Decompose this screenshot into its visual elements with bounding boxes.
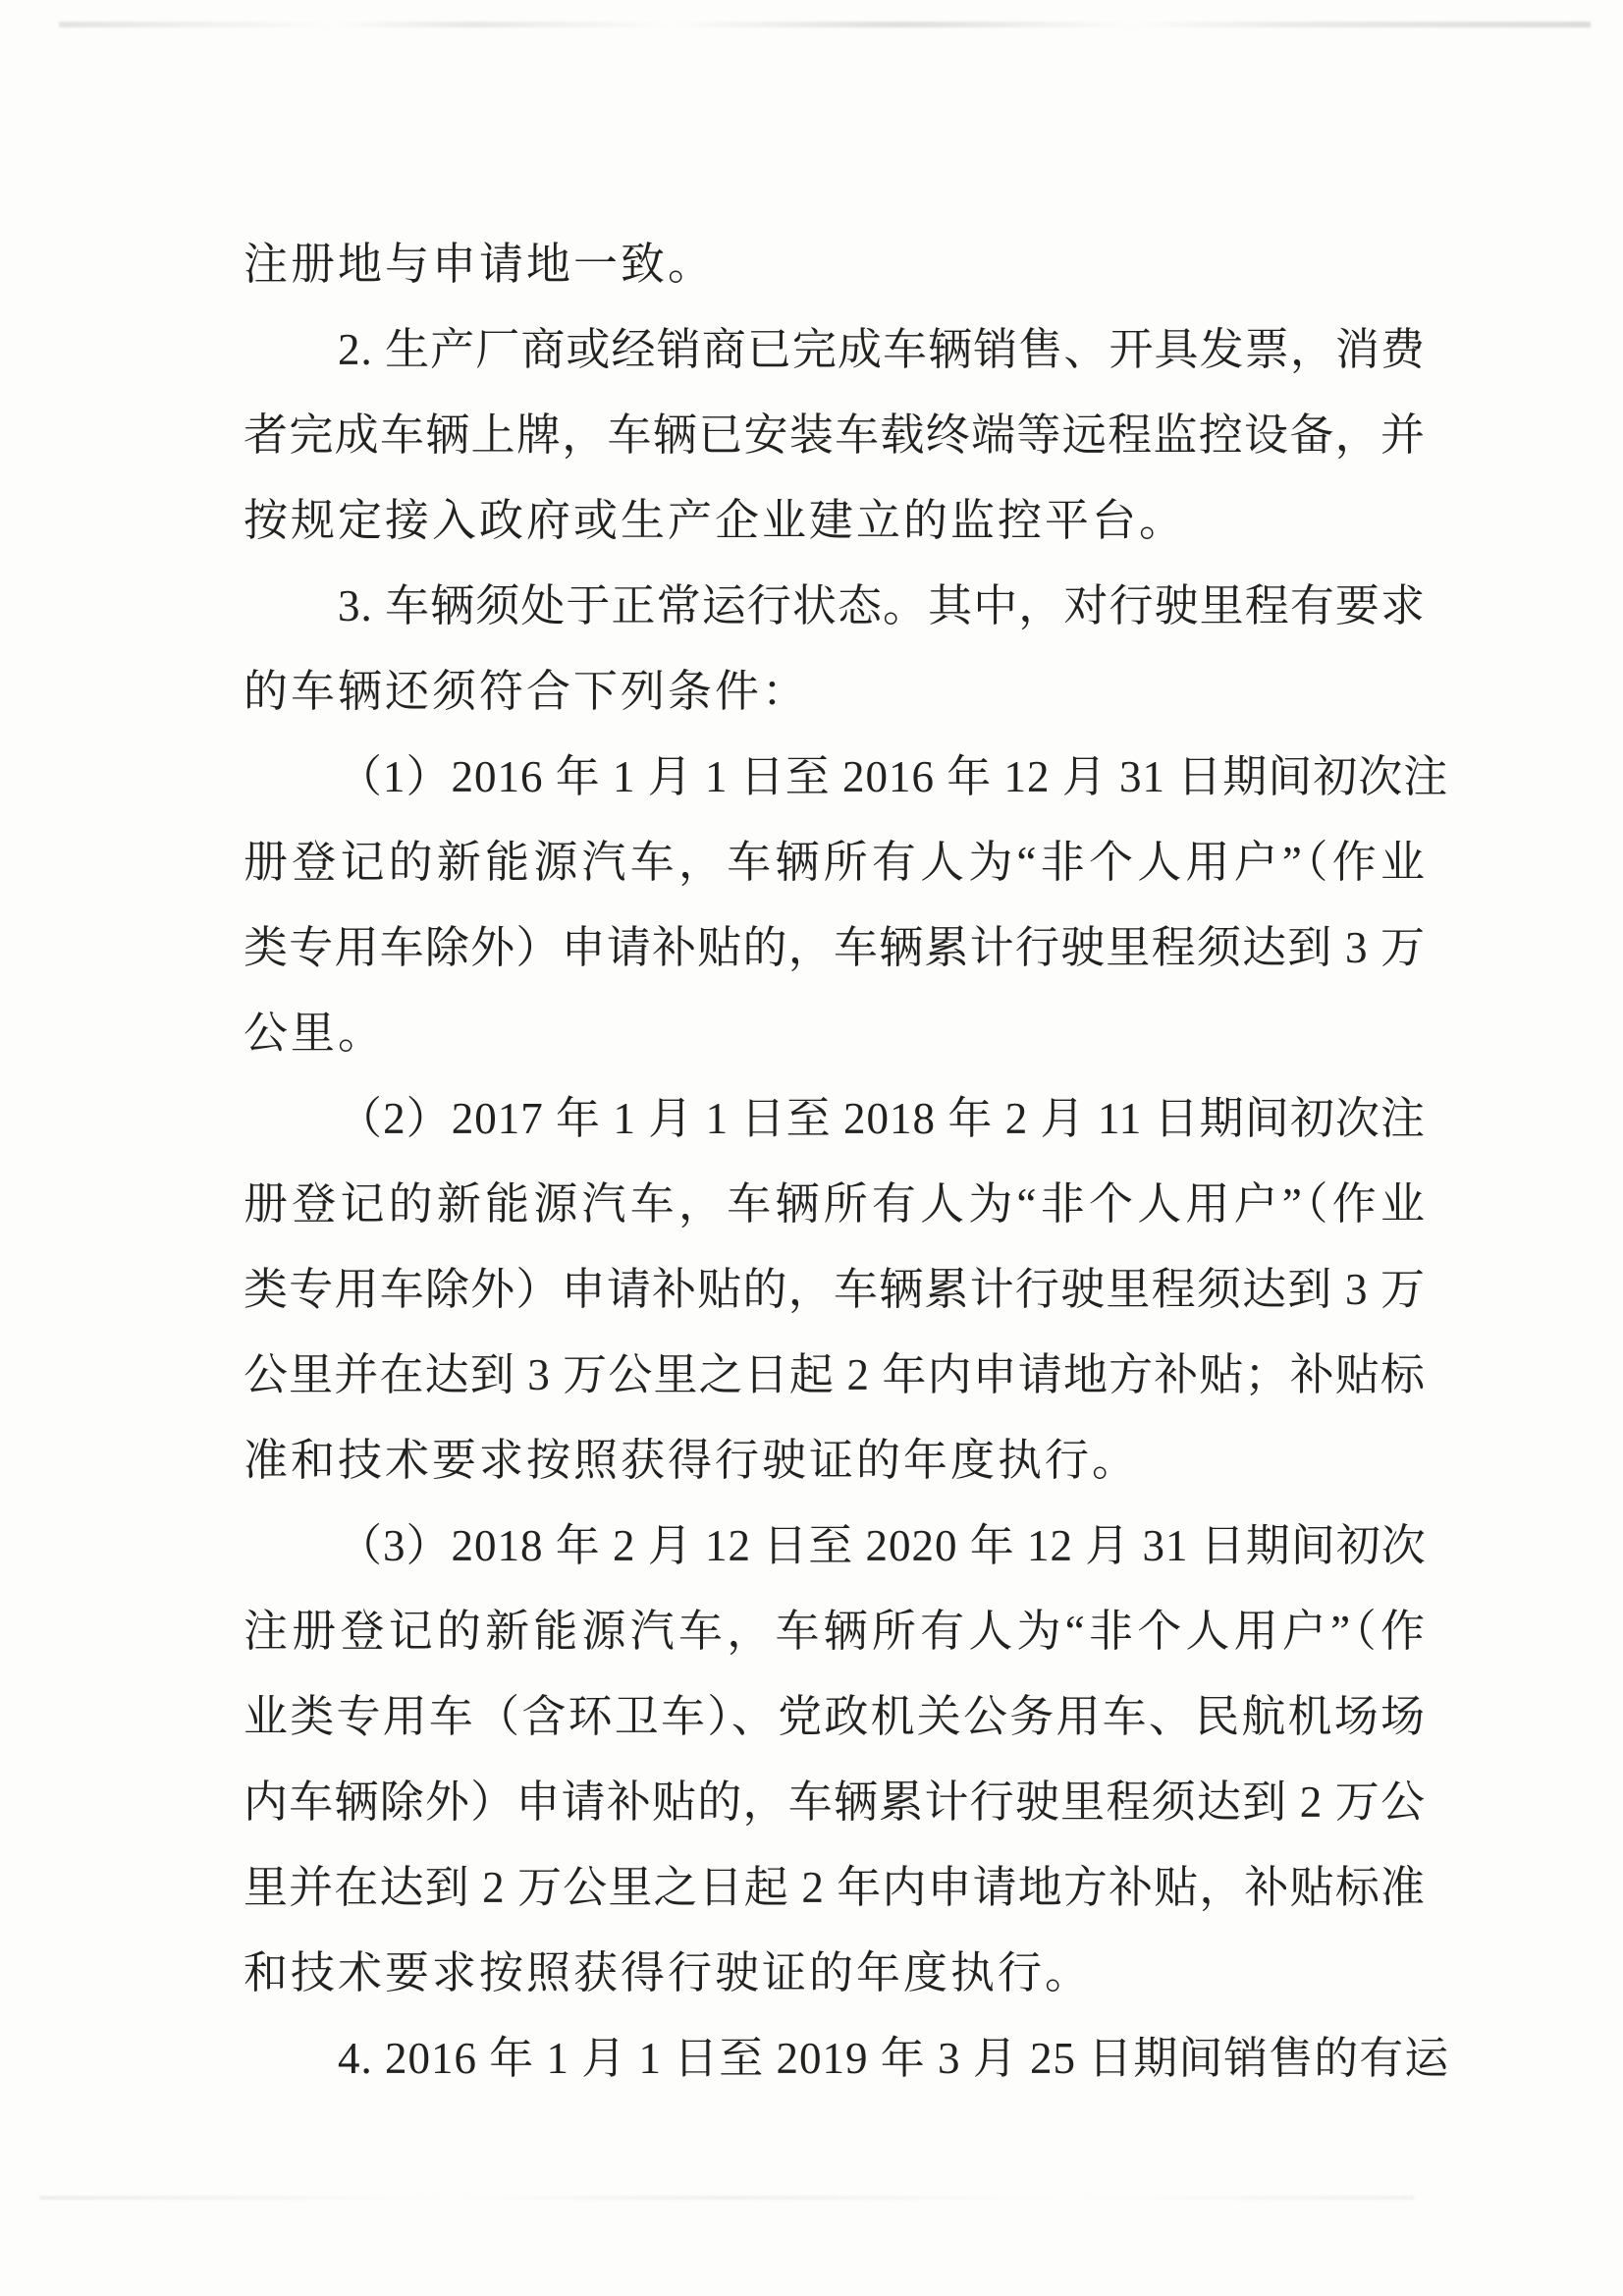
text-line: 业类专用车（含环卫车）、党政机关公务用车、民航机场场 <box>243 1674 1426 1760</box>
text-line: 类专用车除外）申请补贴的，车辆累计行驶里程须达到 3 万 <box>243 1247 1426 1333</box>
text-line: （1）2016 年 1 月 1 日至 2016 年 12 月 31 日期间初次注 <box>243 735 1426 820</box>
scan-artifact-top <box>59 22 1591 27</box>
text-line: 册登记的新能源汽车，车辆所有人为“非个人用户”（作业 <box>243 820 1426 905</box>
document-text-block: 注册地与申请地一致。 2. 生产厂商或经销商已完成车辆销售、开具发票，消费 者完… <box>243 222 1426 2102</box>
text-line: 类专用车除外）申请补贴的，车辆累计行驶里程须达到 3 万 <box>243 905 1426 991</box>
text-line: 4. 2016 年 1 月 1 日至 2019 年 3 月 25 日期间销售的有… <box>243 2016 1426 2102</box>
text-line: （3）2018 年 2 月 12 日至 2020 年 12 月 31 日期间初次 <box>243 1503 1426 1589</box>
text-line: 注册地与申请地一致。 <box>243 222 1426 307</box>
text-line: 按规定接入政府或生产企业建立的监控平台。 <box>243 478 1426 564</box>
text-line: 注册登记的新能源汽车，车辆所有人为“非个人用户”（作 <box>243 1589 1426 1674</box>
text-line: 里并在达到 2 万公里之日起 2 年内申请地方补贴，补贴标准 <box>243 1845 1426 1931</box>
text-line: 的车辆还须符合下列条件： <box>243 649 1426 735</box>
text-line: 2. 生产厂商或经销商已完成车辆销售、开具发票，消费 <box>243 307 1426 393</box>
text-line: （2）2017 年 1 月 1 日至 2018 年 2 月 11 日期间初次注 <box>243 1076 1426 1162</box>
scanned-page: 注册地与申请地一致。 2. 生产厂商或经销商已完成车辆销售、开具发票，消费 者完… <box>0 0 1623 2296</box>
scan-artifact-bottom <box>39 2196 1414 2200</box>
text-line: 3. 车辆须处于正常运行状态。其中，对行驶里程有要求 <box>243 564 1426 649</box>
text-line: 准和技术要求按照获得行驶证的年度执行。 <box>243 1418 1426 1503</box>
text-line: 和技术要求按照获得行驶证的年度执行。 <box>243 1931 1426 2016</box>
text-line: 公里。 <box>243 991 1426 1076</box>
text-line: 册登记的新能源汽车，车辆所有人为“非个人用户”（作业 <box>243 1162 1426 1247</box>
text-line: 者完成车辆上牌，车辆已安装车载终端等远程监控设备，并 <box>243 393 1426 478</box>
text-line: 内车辆除外）申请补贴的，车辆累计行驶里程须达到 2 万公 <box>243 1760 1426 1845</box>
text-line: 公里并在达到 3 万公里之日起 2 年内申请地方补贴；补贴标 <box>243 1333 1426 1418</box>
